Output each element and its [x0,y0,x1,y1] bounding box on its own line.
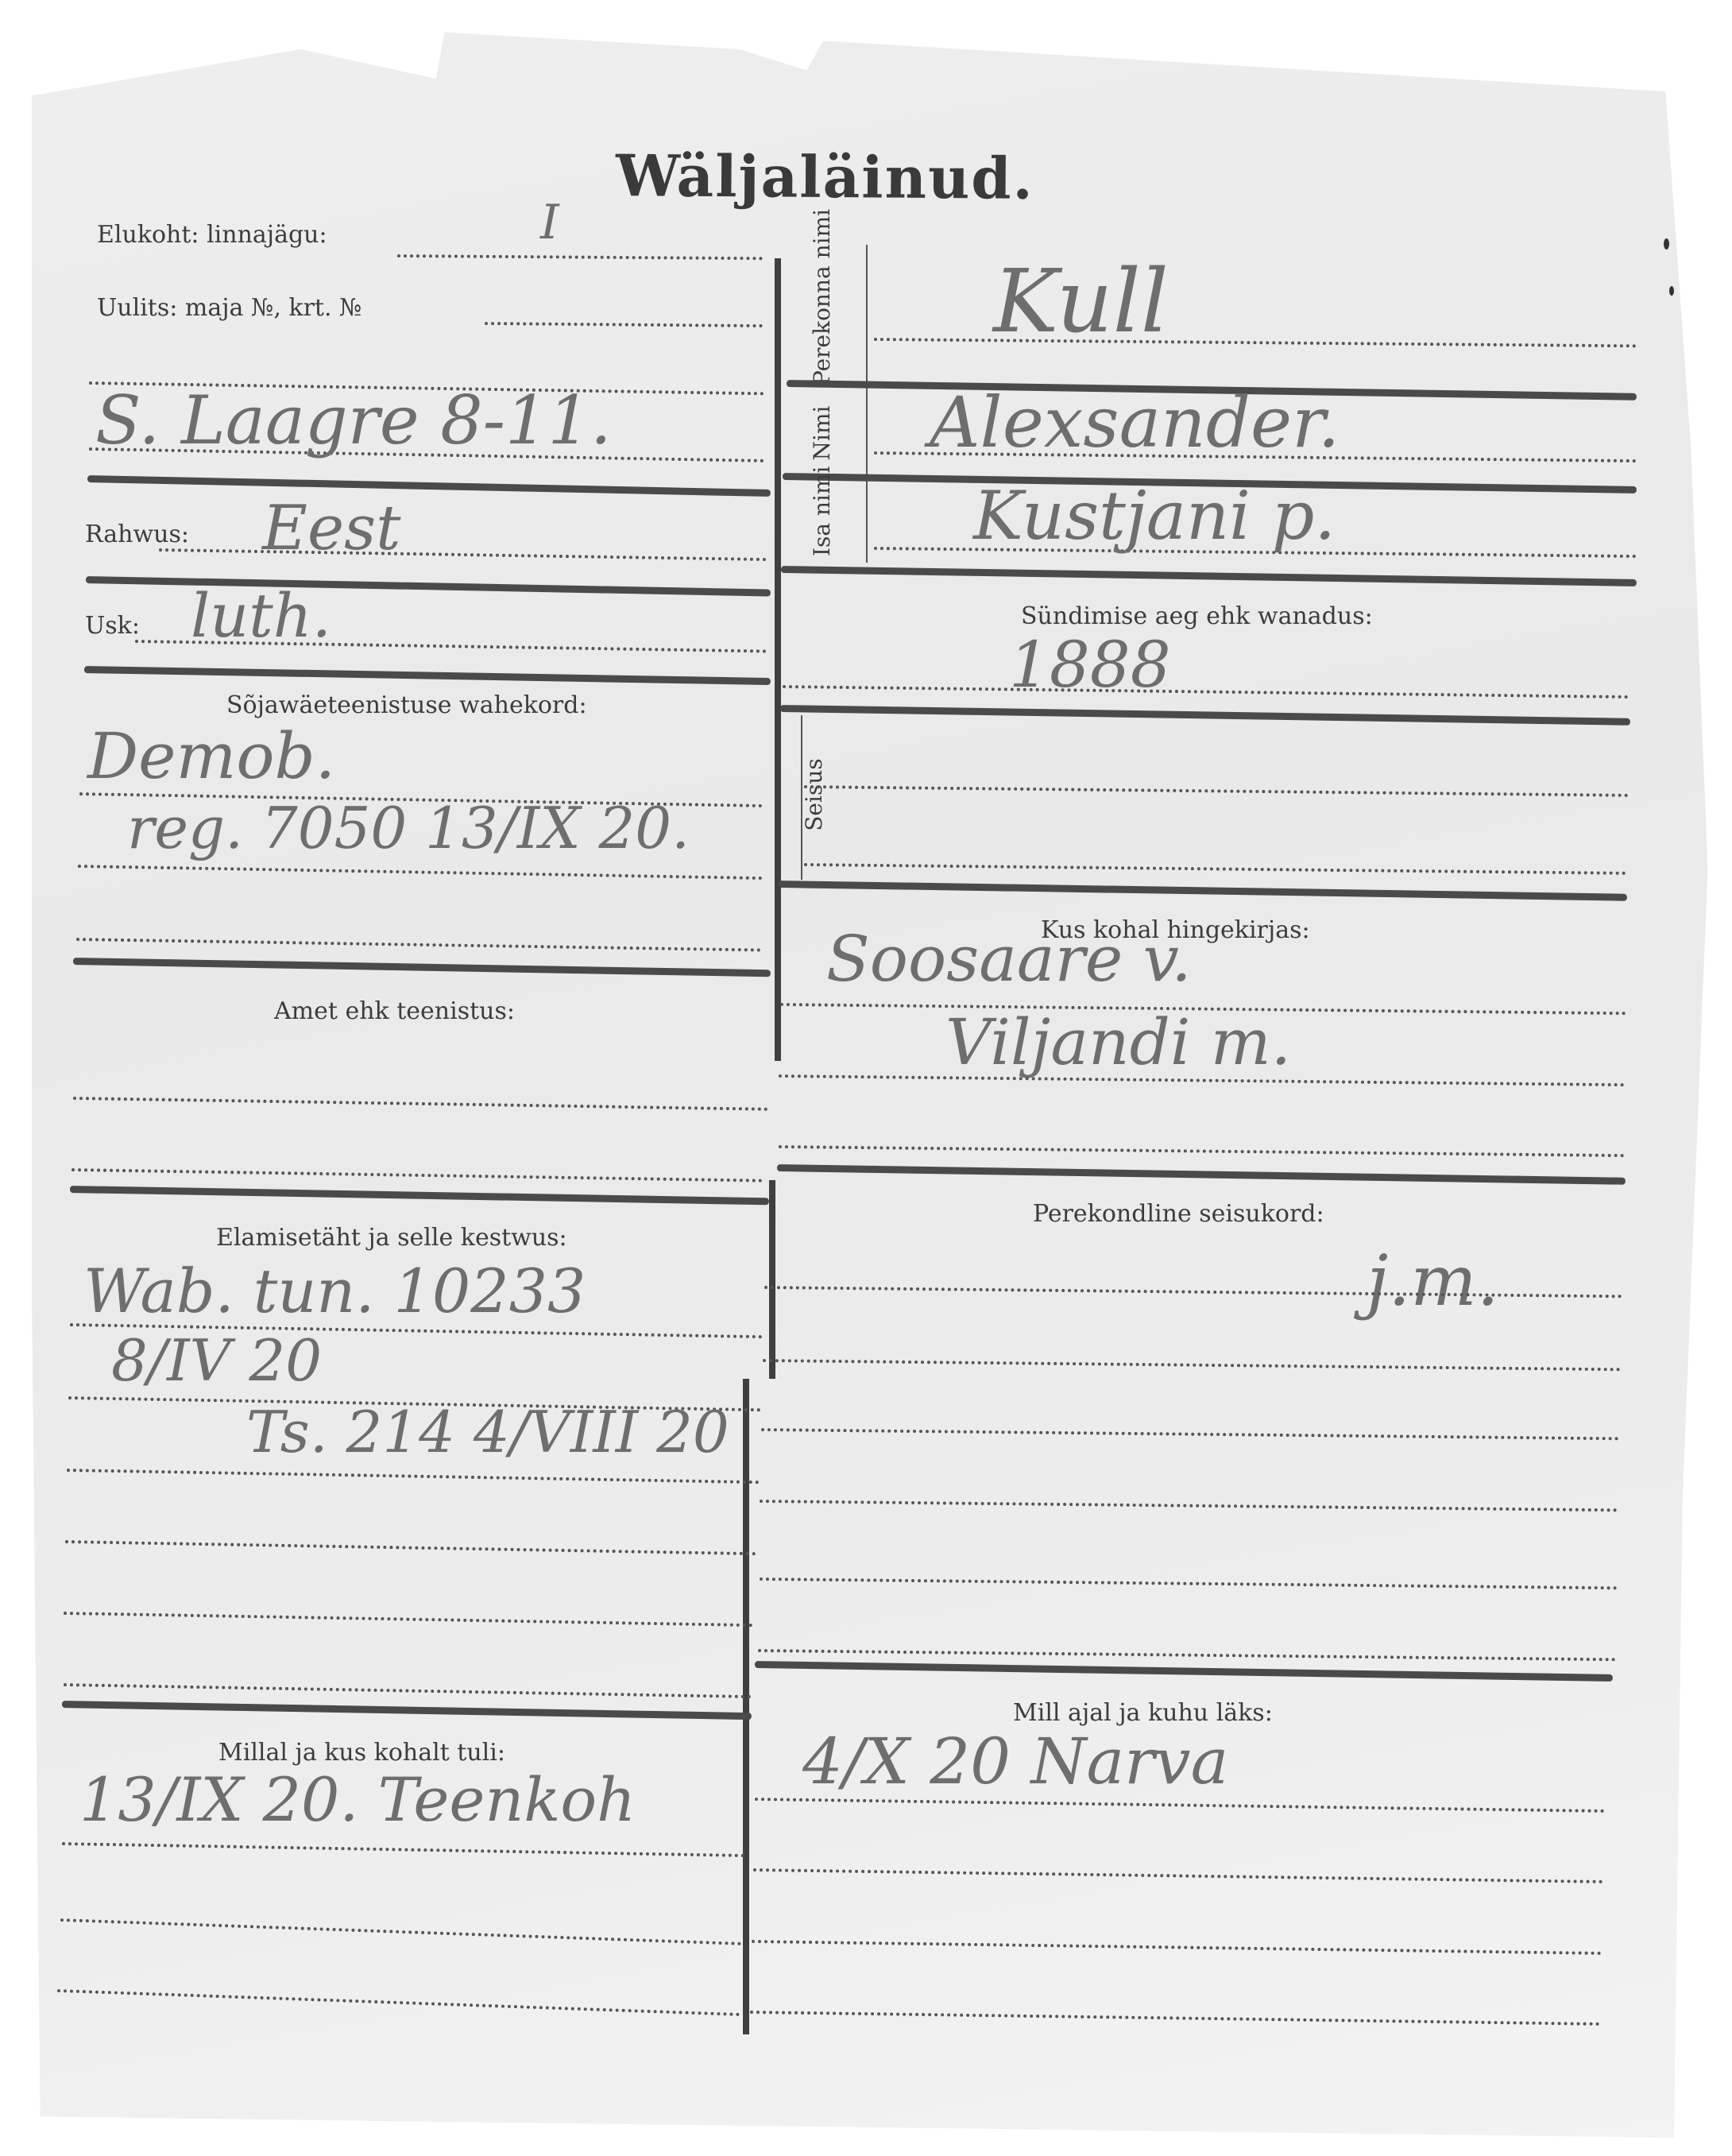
ink-speck [1664,238,1669,250]
value-sojavae-1[interactable]: Demob. [87,719,335,793]
center-divider-lower [769,1180,775,1379]
name-block-inner-line [866,245,868,563]
center-divider [775,258,781,1061]
label-seisus: Seisus [802,751,826,838]
label-uulits: Uulits: maja №, krt. № [97,294,361,322]
label-sojavae: Sõjawäeteenistuse wahekord: [226,691,587,719]
value-isa-nimi[interactable]: Kustjani p. [973,477,1336,555]
value-nimi[interactable]: Alexsander. [930,381,1340,463]
value-hingekirjas-2[interactable]: Viljandi m. [945,1005,1291,1079]
value-hingekirjas-1[interactable]: Soosaare v. [826,922,1192,996]
value-usk[interactable]: luth. [191,580,331,651]
label-nimi: Nimi [810,393,834,473]
page-title: Wäljaläinud. [616,141,1034,212]
center-divider-bottom [743,1379,749,2034]
value-elamisetaht-3[interactable]: Ts. 214 4/VIII 20 [246,1399,729,1465]
value-millal-laks[interactable]: 4/X 20 Narva [802,1724,1228,1798]
value-uulits[interactable]: S. Laagre 8-11. [95,381,612,459]
value-perekondline[interactable]: j.m. [1367,1240,1499,1322]
label-sundimise: Sündimise aeg ehk wanadus: [1021,602,1373,630]
label-millal-tuli: Millal ja kus kohalt tuli: [218,1739,505,1767]
label-rahvus: Rahwus: [85,521,189,548]
value-sojavae-2[interactable]: reg. 7050 13/IX 20. [127,795,690,861]
ink-speck [1669,286,1674,296]
label-elukoht: Elukoht: linnajägu: [97,221,327,249]
label-isa-nimi: Isa nimi [810,477,834,556]
value-elamisetaht-1[interactable]: Wab. tun. 10233 [83,1256,586,1326]
value-millal-tuli[interactable]: 13/IX 20. Teenkoh [79,1764,636,1835]
value-elamisetaht-2[interactable]: 8/IV 20 [111,1327,322,1394]
label-perekonna-nimi: Perekonna nimi [810,242,834,385]
value-elukoht[interactable]: I [540,195,559,250]
label-amet: Amet ehk teenistus: [274,997,515,1025]
label-elamisetaht: Elamisetäht ja selle kestwus: [216,1224,567,1252]
value-perekonna-nimi[interactable]: Kull [993,250,1169,352]
value-rahvus[interactable]: Eest [262,493,400,564]
label-perekondline: Perekondline seisukord: [1033,1200,1324,1228]
label-usk: Usk: [85,612,140,640]
label-millal-laks: Mill ajal ja kuhu läks: [1013,1699,1273,1727]
